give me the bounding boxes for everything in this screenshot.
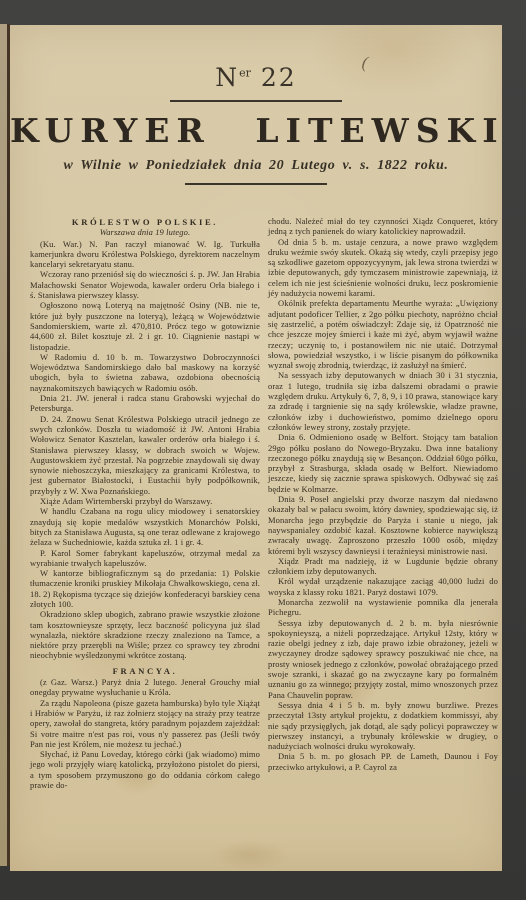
article-paragraph: (Ku. War.) N. Pan raczył mianować W. Ig.… xyxy=(30,239,260,270)
column-left: KRÓLESTWO POLSKIE. Warszawa dnia 19 lute… xyxy=(30,216,260,790)
article-paragraph: Dnia 5 b. m. po głosach PP. de Lameth, D… xyxy=(268,751,498,772)
article-paragraph: Dnia 21. JW. jenerał i radca stanu Grabo… xyxy=(30,393,260,414)
article-paragraph: Król wydał urządzenie nakazujące zaciąg … xyxy=(268,576,498,597)
section-heading-krolestwo-polskie: KRÓLESTWO POLSKIE. xyxy=(30,217,260,227)
article-paragraph: Za rządu Napoleona (pisze gazeta hamburs… xyxy=(30,698,260,749)
article-columns: KRÓLESTWO POLSKIE. Warszawa dnia 19 lute… xyxy=(30,216,498,790)
issue-value: 22 xyxy=(261,63,297,92)
masthead-rule-top xyxy=(170,100,342,102)
article-paragraph: Dnia 6. Odmieniono osadę w Belfort. Stoj… xyxy=(268,432,498,494)
issue-prefix: N xyxy=(215,63,239,92)
article-paragraph: Monarcha zezwolił na wystawienie pomnika… xyxy=(268,597,498,618)
article-paragraph: Sessya izby deputowanych d. 2 b. m. była… xyxy=(268,618,498,700)
column-right: chodu. Należeć miał do tey czynności Xią… xyxy=(268,216,498,790)
section-dateline-warszawa: Warszawa dnia 19 lutego. xyxy=(30,227,260,237)
article-paragraph: Ogłoszono nową Loteryą na majętność Osin… xyxy=(30,300,260,351)
issue-number: Ner 22 xyxy=(10,63,502,92)
article-paragraph: W kantorze bibliograficznym są do przeda… xyxy=(30,568,260,609)
paper-stain xyxy=(210,840,290,870)
newspaper-page: ( Ner 22 KURYER LITEWSKI w Wilnie w Poni… xyxy=(10,25,502,871)
article-paragraph: D. 24. Znowu Senat Królestwa Polskiego u… xyxy=(30,414,260,496)
article-paragraph: Sessya dnia 4 i 5 b. m. były znowu burzl… xyxy=(268,700,498,751)
article-paragraph: Xiądz Pradt ma nadzieję, iż w Lugdunie b… xyxy=(268,556,498,577)
article-paragraph: Okólnik prefekta departamentu Meurthe wy… xyxy=(268,298,498,370)
article-paragraph: W handlu Czabana na rogu ulicy miodowey … xyxy=(30,506,260,547)
newspaper-title: KURYER LITEWSKI xyxy=(10,111,502,150)
issue-superscript: er xyxy=(239,67,251,80)
article-paragraph: Dnia 9. Poseł angielski przy dworze nasz… xyxy=(268,494,498,556)
masthead-dateline: w Wilnie w Poniedziałek dnia 20 Lutego v… xyxy=(10,158,502,174)
article-paragraph: P. Karol Somer fabrykant kapeluszów, otr… xyxy=(30,548,260,569)
article-paragraph: Xiąże Adam Wirtemberski przybył do Warsz… xyxy=(30,496,260,506)
article-paragraph: Słychać, iż Panu Loveday, którego córki … xyxy=(30,749,260,790)
article-paragraph: Wczoray rano przeniósł się do wieczności… xyxy=(30,269,260,300)
article-paragraph: Od dnia 5 b. m. ustaje cenzura, a nowe p… xyxy=(268,237,498,299)
masthead: Ner 22 KURYER LITEWSKI w Wilnie w Ponied… xyxy=(10,25,502,185)
article-paragraph-continuation: chodu. Należeć miał do tey czynności Xią… xyxy=(268,216,498,237)
article-paragraph: Na sessyach izby deputowanych w dniach 3… xyxy=(268,370,498,432)
article-paragraph: Okradziono sklep ubogich, zabrano prawie… xyxy=(30,609,260,660)
section-heading-francya: FRANCYA. xyxy=(30,666,260,676)
masthead-rule-bottom xyxy=(185,183,327,185)
article-paragraph: W Radomiu d. 10 b. m. Towarzystwo Dobroc… xyxy=(30,352,260,393)
article-paragraph: (z Gaz. Warsz.) Paryż dnia 2 lutego. Jen… xyxy=(30,677,260,698)
